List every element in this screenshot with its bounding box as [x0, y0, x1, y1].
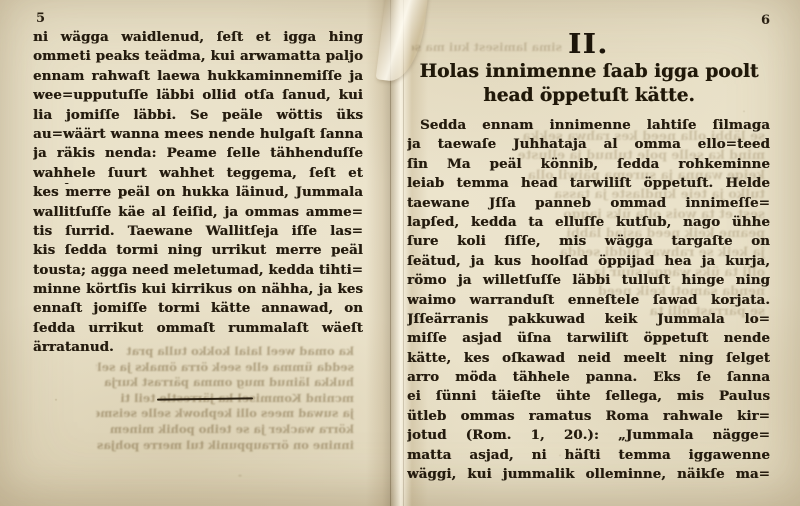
body-text-line: ſedda urrikut ommaſt rummalaſt wäeſt [33, 320, 363, 339]
body-text-line: Jſſeärranis pakkuwad keik Jummala lo= [407, 311, 770, 330]
body-text-line: ſeätud, ja kus hoolſad öppijad hea ja ku… [407, 253, 770, 272]
ghost-bleedthrough-line: hukka läinud mug omma pärrast kurja [96, 375, 354, 391]
page-number-left: 5 [36, 11, 45, 26]
body-text-line: wäggi, kui jummalik olleminne, näikſe ma… [407, 466, 770, 485]
body-text-line: ſure koli ſiſſe, mis wägga targaſte on [407, 233, 770, 252]
section-divider-rule [157, 397, 253, 401]
body-text-line: au=wäärt wanna mees nende hulgaſt ſanna [33, 126, 363, 145]
body-text-line: wahhele ſuurt wahhet teggema, ſeſt et ne… [33, 165, 363, 184]
body-text-line: lapſed, kedda ta elluſſe kutſub, nago üh… [407, 214, 770, 233]
body-text-line: wallitſuſſe käe al ſeiſid, ja ommas amme… [33, 204, 363, 223]
page-number-right: 6 [761, 13, 770, 28]
chapter-number-heading: II. [407, 29, 770, 60]
chapter-title-line-2: head öppetuſt kätte. [403, 85, 775, 106]
body-text-line: römo ja willetſuſſe läbbi tulluſt hinge … [407, 272, 770, 291]
ghost-bleedthrough-line: sedda ümma elle seek örra ömaks ja selt [96, 360, 354, 376]
ghost-bleedthrough-line: ja suwad mees olli kephowk selle seisme [96, 406, 354, 422]
body-text-line: Sedda ennam innimenne lahtiſe ſilmaga [407, 117, 770, 136]
body-text-line: ei ſünni täieſte ühte ſellega, mis Paulu… [407, 388, 770, 407]
body-text-line: kätte, kes oſkawad neid meelt ning ſelge… [407, 350, 770, 369]
body-text-line: waimo warranduſt enneſtele ſawad korjata… [407, 292, 770, 311]
body-text-line: lia jomiſſe läbbi. Se peäle wöttis üks [33, 107, 363, 126]
body-text-line: ütleb ommas ramatus Roma rahwale kir= [407, 408, 770, 427]
body-text-line: tis ſurrid. Taewane Wallitſeja iſſe las= [33, 223, 363, 242]
book-spread: 5 ka omad weel laial kokko tulla pratsed… [0, 0, 800, 506]
body-text-line: ommeti peaks teädma, kui arwamatta paljo [33, 48, 363, 67]
left-page-body: ni wägga waidlenud, ſeſt et igga hingomm… [33, 29, 363, 359]
body-text-line: jotud (Rom. 1, 20.): „Jummala nägge= [407, 427, 770, 446]
body-text-line: matta asjad, ni häſti temma iggawenne [407, 447, 770, 466]
body-text-line: minne körtſis kui kirrikus on nähha, ja … [33, 281, 363, 300]
body-text-line: ja taewaſe Juhhataja al omma ello=teed [407, 136, 770, 155]
body-text-line: arro möda tähhele panna. Eks ſe ſanna [407, 369, 770, 388]
body-text-line: leiab temma head tarwiliſt öppetuſt. Hel… [407, 175, 770, 194]
ghost-bleedthrough-line: körra wacker ja se teiho pohik minem [96, 422, 354, 438]
body-text-line: kis ſedda tormi ning urrikut merre peäl [33, 242, 363, 261]
body-text-line: ja räkis nenda: Peame ſelle tähhenduſſe [33, 145, 363, 164]
body-text-line: taewane Jſſa panneb ommad innimeſſe= [407, 195, 770, 214]
body-text-line: tousta; agga need meletumad, kedda tihti… [33, 262, 363, 281]
body-text-line: ärratanud. [33, 339, 363, 358]
right-page-body: Sedda ennam innimenne lahtiſe ſilmagaja … [407, 117, 770, 485]
body-text-line: kes merre peäl on hukka läinud, Jummala [33, 184, 363, 203]
ghost-bleedthrough-line: innine on örrauppunik tul merre pohjas [96, 438, 354, 454]
body-text-line: miſſe asjad üſna tarwiliſt öppetuſt nend… [407, 330, 770, 349]
body-text-line: ennaſt jomiſſe tormi kätte annawad, on [33, 300, 363, 319]
body-text-line: ennam rahwaſt laewa hukkaminnemiſſe ja [33, 68, 363, 87]
body-text-line: ſin Ma peäl könnib, ſedda rohkeminne [407, 156, 770, 175]
body-text-line: wee=upputuſſe läbbi ollid otſa ſanud, ku… [33, 87, 363, 106]
body-text-line: ni wägga waidlenud, ſeſt et igga hing [33, 29, 363, 48]
chapter-title-line-1: Holas innimenne ſaab igga poolt [403, 61, 775, 82]
